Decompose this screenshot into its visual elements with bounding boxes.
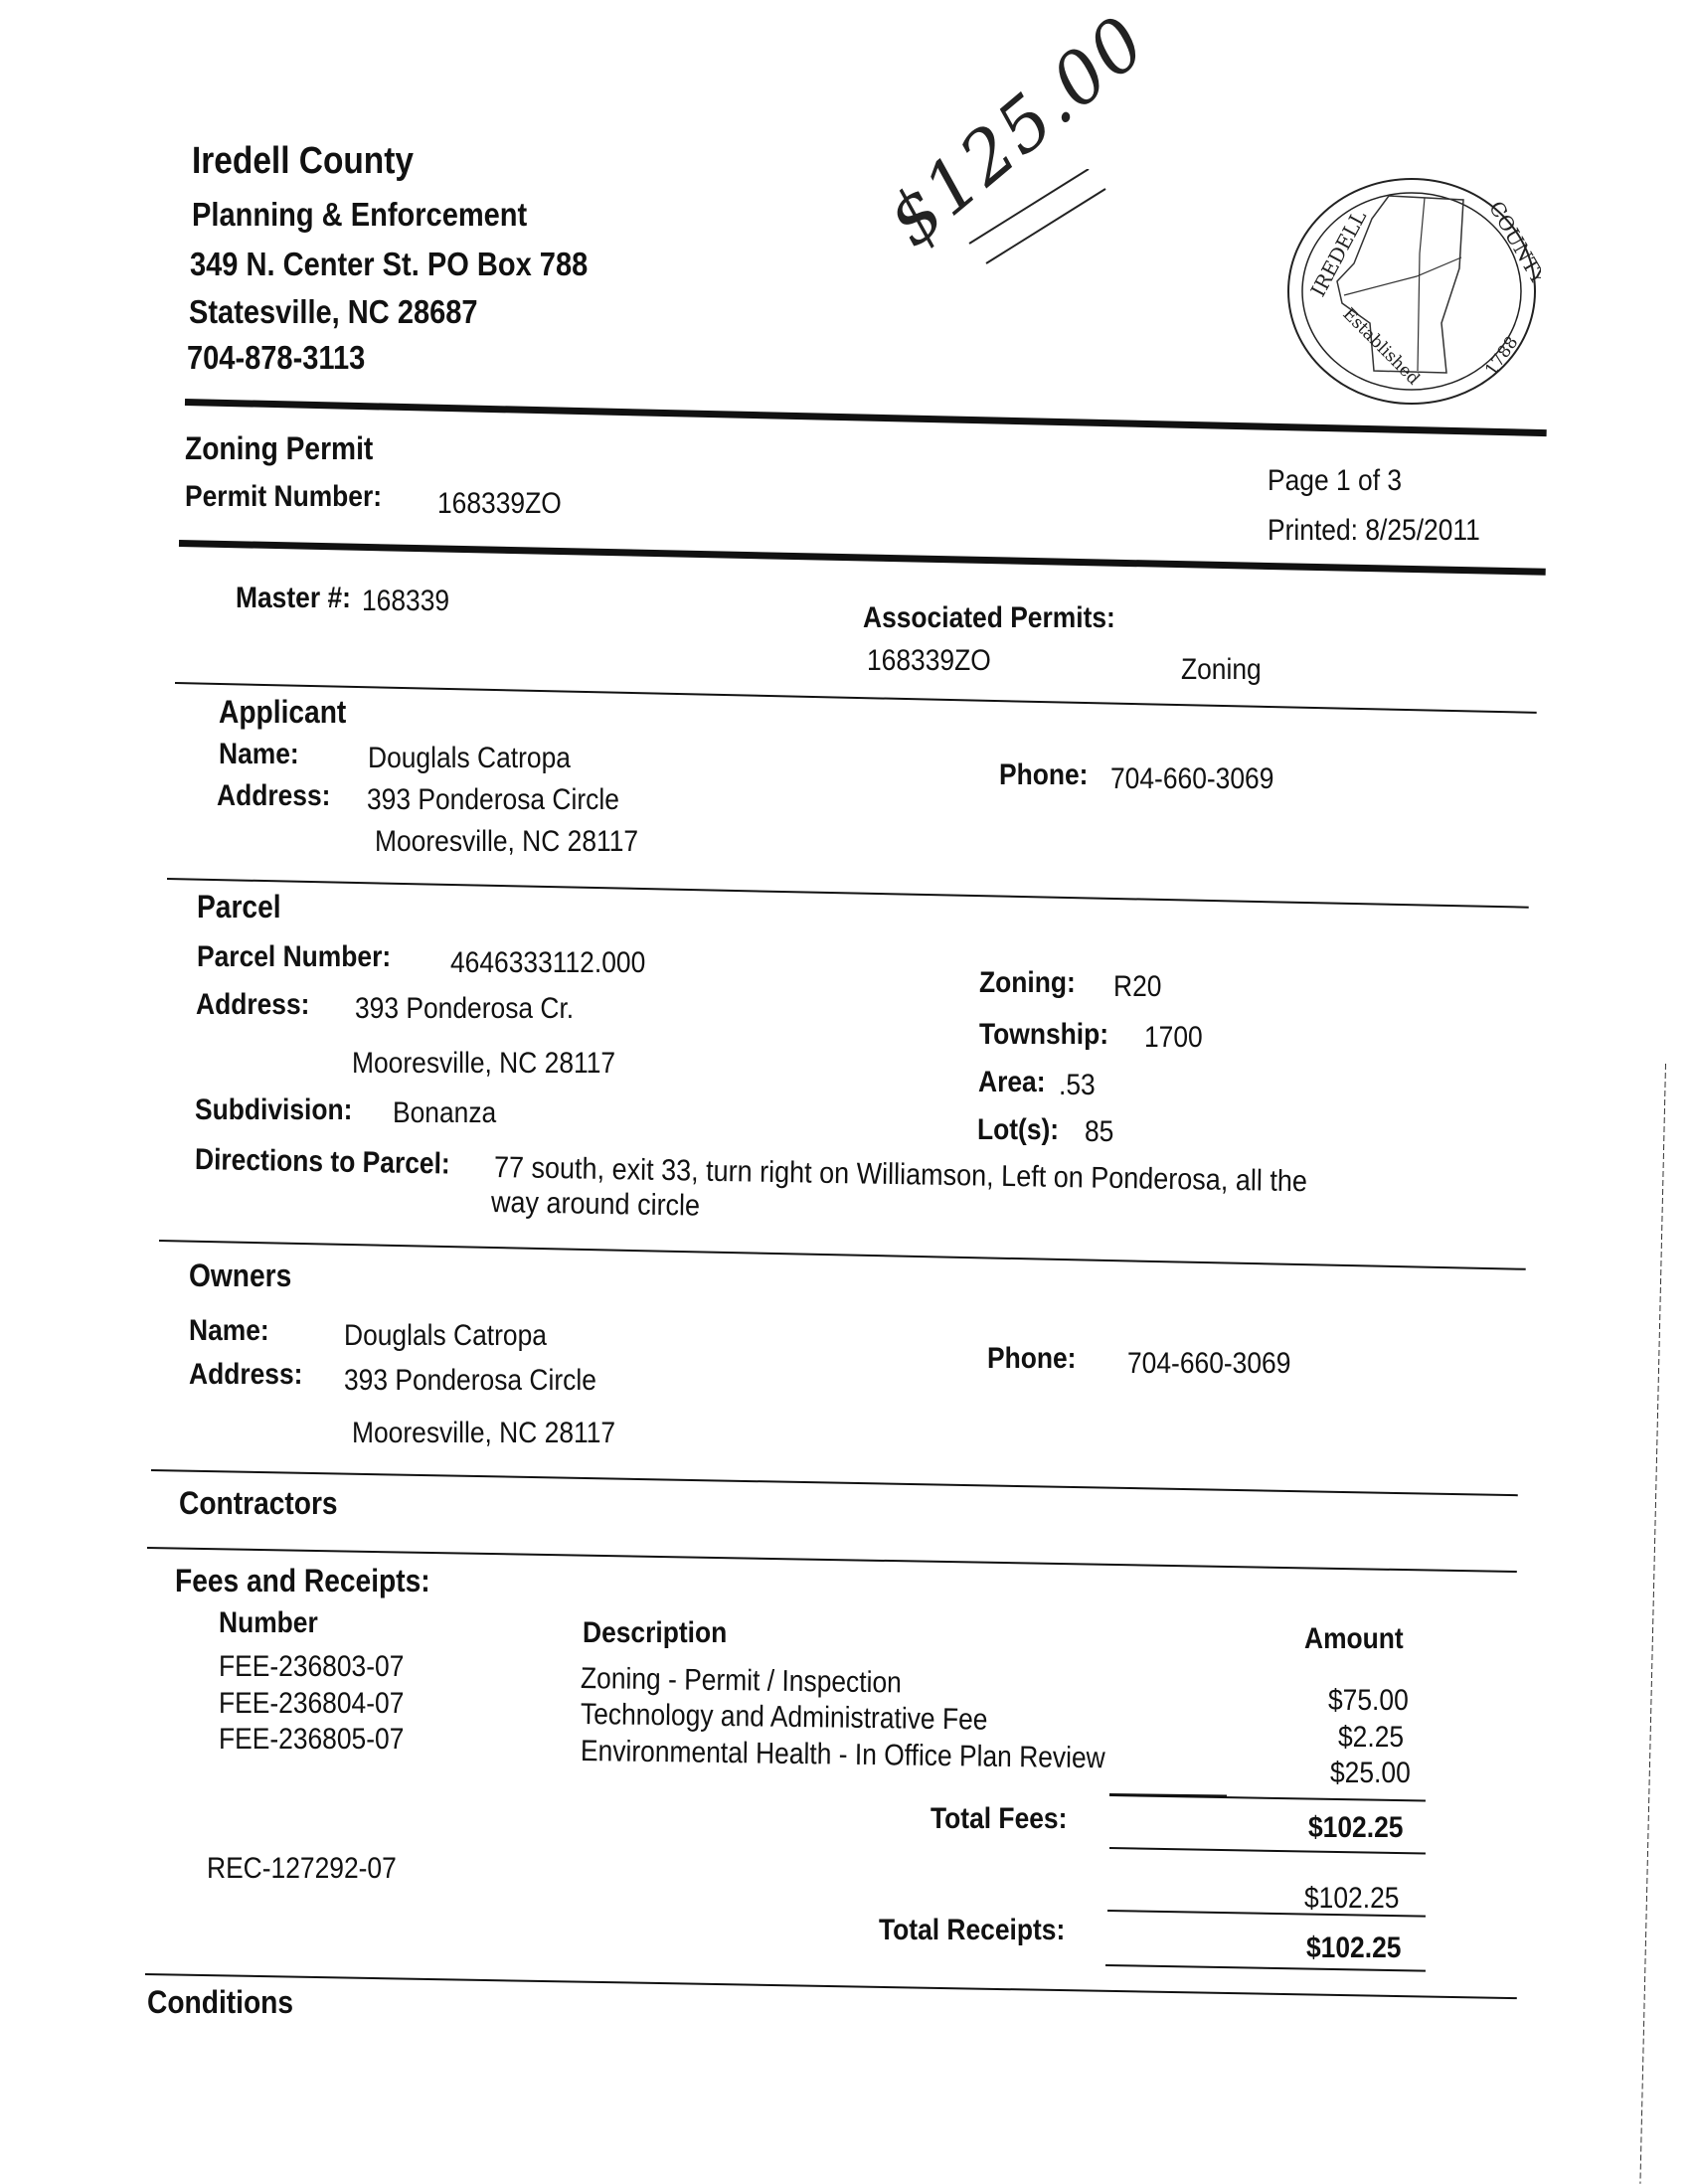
lots-value: 85 [1085,1115,1113,1149]
fee-description: Environmental Health - In Office Plan Re… [581,1735,1105,1775]
page-indicator: Page 1 of 3 [1268,464,1402,498]
owner-phone-label: Phone: [987,1342,1076,1376]
fees-section-title: Fees and Receipts: [175,1563,430,1599]
receipt-number: REC-127292-07 [207,1852,397,1886]
fees-column-amount: Amount [1304,1622,1404,1656]
org-street-address: 349 N. Center St. PO Box 788 [190,243,588,286]
area-label: Area: [978,1066,1045,1099]
permit-title: Zoning Permit [185,430,373,467]
fee-number: FEE-236805-07 [219,1723,404,1757]
applicant-divider [167,878,1529,909]
owners-divider [151,1469,1518,1496]
contractors-section-title: Contractors [179,1485,338,1522]
parcel-number: 4646333112.000 [450,946,645,980]
associated-permit-number: 168339ZO [867,644,991,678]
owner-address-line1: 393 Ponderosa Circle [344,1364,596,1398]
svg-text:Established: Established [1338,304,1423,389]
owner-address-label: Address: [189,1358,302,1392]
applicant-phone-label: Phone: [999,758,1088,792]
total-fees-label: Total Fees: [931,1802,1067,1836]
owner-name: Douglals Catropa [344,1319,547,1353]
subdivision-value: Bonanza [393,1096,496,1130]
org-city-address: Statesville, NC 28687 [189,290,478,334]
conditions-section-title: Conditions [147,1984,293,2021]
zoning-value: R20 [1113,970,1161,1004]
associated-permits-label: Associated Permits: [863,601,1115,635]
fees-column-number: Number [219,1606,318,1640]
parcel-address-label: Address: [196,988,309,1022]
directions-line2: way around circle [491,1186,701,1224]
county-seal-icon: IREDELL COUNTY Established 1788 [1282,174,1541,408]
parcel-number-label: Parcel Number: [197,940,391,974]
applicant-address-line2: Mooresville, NC 28117 [375,825,638,859]
fee-description: Technology and Administrative Fee [581,1698,988,1738]
applicant-name: Douglals Catropa [368,742,571,775]
fee-number: FEE-236803-07 [219,1650,404,1684]
total-receipts-bottom-rule [1105,1964,1426,1972]
fee-amount: $25.00 [1330,1757,1411,1790]
associated-permit-type: Zoning [1181,653,1262,687]
township-label: Township: [979,1018,1108,1052]
area-value: .53 [1059,1069,1096,1102]
master-value: 168339 [362,585,449,618]
printed-date: Printed: 8/25/2011 [1268,514,1480,548]
svg-text:COUNTY: COUNTY [1484,197,1541,289]
applicant-section-title: Applicant [219,694,346,731]
directions-label: Directions to Parcel: [195,1143,450,1182]
subdivision-label: Subdivision: [195,1093,352,1127]
parcel-section-title: Parcel [197,889,281,925]
applicant-address-line1: 393 Ponderosa Circle [367,783,619,817]
township-value: 1700 [1144,1021,1203,1055]
lots-label: Lot(s): [977,1113,1059,1147]
master-label: Master #: [236,582,351,615]
org-name: Iredell County [192,139,414,183]
total-fees-value: $102.25 [1308,1811,1403,1845]
permit-number-value: 168339ZO [437,487,562,521]
total-fees-bottom-rule [1109,1847,1426,1855]
parcel-divider [159,1240,1526,1270]
owner-address-line2: Mooresville, NC 28117 [352,1417,615,1450]
fee-description: Zoning - Permit / Inspection [581,1662,902,1700]
applicant-name-label: Name: [219,738,299,771]
parcel-address-line2: Mooresville, NC 28117 [352,1047,615,1081]
total-receipts-value: $102.25 [1306,1932,1401,1965]
fees-divider [145,1973,1517,1999]
total-receipts-label: Total Receipts: [879,1914,1065,1947]
fees-column-description: Description [583,1616,727,1650]
master-divider [175,682,1537,714]
department-name: Planning & Enforcement [192,193,527,237]
scan-edge-line [1639,1064,1666,2184]
receipt-amount: $102.25 [1304,1882,1399,1916]
fee-amount: $75.00 [1328,1684,1409,1718]
owners-section-title: Owners [189,1258,291,1294]
handwritten-underline-icon [964,169,1143,268]
owner-phone: 704-660-3069 [1127,1347,1290,1381]
fee-amount: $2.25 [1338,1721,1404,1755]
svg-text:1788: 1788 [1481,333,1522,380]
applicant-phone: 704-660-3069 [1110,762,1273,796]
parcel-address-line1: 393 Ponderosa Cr. [355,992,574,1026]
org-phone: 704-878-3113 [187,336,365,380]
total-fees-top-rule-long [1109,1794,1426,1802]
fee-number: FEE-236804-07 [219,1687,404,1721]
permit-number-label: Permit Number: [185,480,382,514]
owner-name-label: Name: [189,1314,269,1348]
zoning-label: Zoning: [979,966,1076,1000]
applicant-address-label: Address: [217,779,330,813]
